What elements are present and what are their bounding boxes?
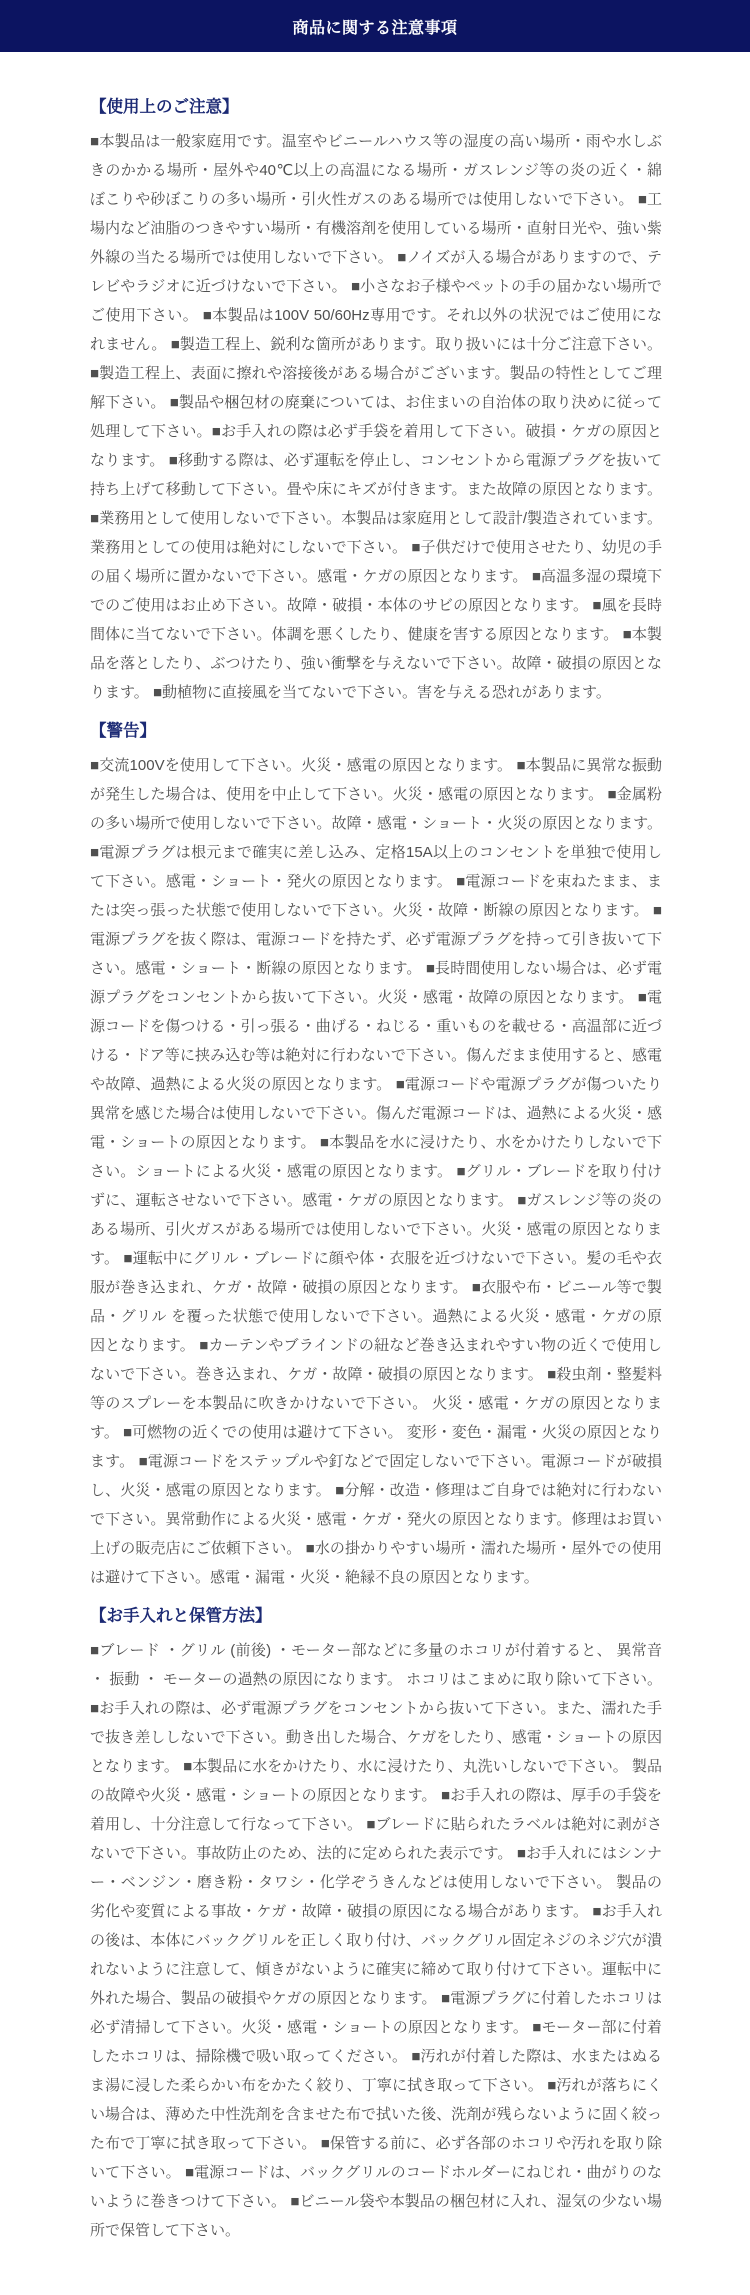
content-area: 【使用上のご注意】 ■本製品は一般家庭用です。温室やビニールハウス等の湿度の高い… (0, 52, 750, 2295)
page-header: 商品に関する注意事項 (0, 0, 750, 52)
page-title: 商品に関する注意事項 (292, 15, 457, 38)
section-care-storage: 【お手入れと保管方法】 ■ブレード ・グリル (前後) ・モーター部などに多量の… (90, 1602, 662, 2245)
section-warning: 【警告】 ■交流100Vを使用して下さい。火災・感電の原因となります。 ■本製品… (90, 717, 662, 1592)
care-storage-heading: 【お手入れと保管方法】 (90, 1602, 662, 1630)
warning-heading: 【警告】 (90, 717, 662, 745)
warning-body: ■交流100Vを使用して下さい。火災・感電の原因となります。 ■本製品に異常な振… (90, 751, 662, 1592)
page: { "header": { "title": "商品に関する注意事項" }, "… (0, 0, 750, 2295)
usage-notes-heading: 【使用上のご注意】 (90, 93, 662, 121)
section-usage-notes: 【使用上のご注意】 ■本製品は一般家庭用です。温室やビニールハウス等の湿度の高い… (90, 93, 662, 707)
care-storage-body: ■ブレード ・グリル (前後) ・モーター部などに多量のホコリが付着すると、 異… (90, 1636, 662, 2245)
usage-notes-body: ■本製品は一般家庭用です。温室やビニールハウス等の湿度の高い場所・雨や水しぶきの… (90, 127, 662, 707)
